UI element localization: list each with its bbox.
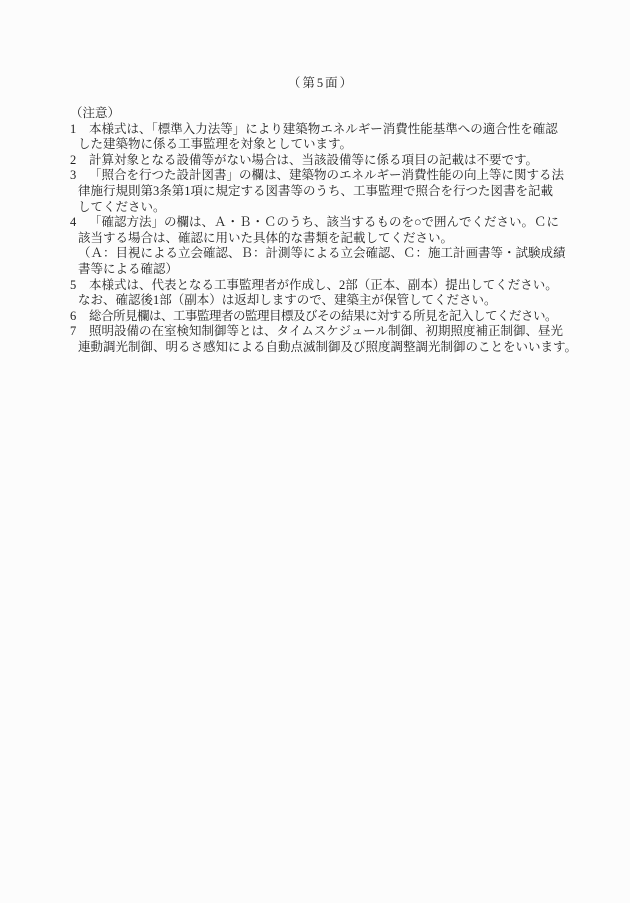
note-2-line-1: 2計算対象となる設備等がない場合は、当該設備等に係る項目の記載は不要です。 [70, 153, 582, 169]
note-5-number: 5 [70, 278, 89, 294]
note-3-text-2: 律施行規則第3条第1項に規定する図書等のうち、工事監理で照合を行つた図書を記載 [78, 184, 553, 198]
note-4-number: 4 [70, 215, 89, 231]
page-number-header: （第5面） [6, 76, 630, 92]
note-1-line-2: した建築物に係る工事監理を対象としています。 [70, 137, 582, 153]
note-7-text-1: 照明設備の在室検知制御等とは、タイムスケジュール制御、初期照度補正制御、昼光 [89, 324, 563, 338]
note-4-text-4: 書等による確認） [78, 262, 178, 276]
note-3-text-1: 「照合を行つた設計図書」の欄は、建築物のエネルギー消費性能の向上等に関する法 [89, 168, 564, 182]
note-4-text-2: 該当する場合は、確認に用いた具体的な書類を記載してください。 [78, 231, 453, 245]
note-3-line-3: してください。 [70, 200, 582, 216]
note-4-line-1: 4「確認方法」の欄は、Ａ・Ｂ・Ｃのうち、該当するものを○で囲んでください。Ｃに [70, 215, 582, 231]
note-1-number: 1 [70, 122, 89, 138]
note-1-text-1: 本様式は、「標準入力法等」により建築物エネルギー消費性能基準への適合性を確認 [89, 122, 558, 136]
notes-title: （注意） [70, 106, 582, 122]
note-5-line-2: なお、確認後1部（副本）は返却しますので、建築主が保管してください。 [70, 293, 582, 309]
note-4-line-3: （Ａ：目視による立会確認、Ｂ：計測等による立会確認、Ｃ：施工計画書等・試験成績 [70, 246, 582, 262]
document-page: （第5面） （注意） 1本様式は、「標準入力法等」により建築物エネルギー消費性能… [0, 0, 630, 903]
note-4-text-3: （Ａ：目視による立会確認、Ｂ：計測等による立会確認、Ｃ：施工計画書等・試験成績 [78, 246, 566, 260]
note-4-line-4: 書等による確認） [70, 262, 582, 278]
note-5-text-1: 本様式は、代表となる工事監理者が作成し、2部（正本、副本）提出してください。 [89, 278, 558, 292]
note-7-text-2: 連動調光制御、明るさ感知による自動点滅制御及び照度調整調光制御のことをいいます。 [78, 340, 577, 354]
note-2-number: 2 [70, 153, 89, 169]
note-2-text-1: 計算対象となる設備等がない場合は、当該設備等に係る項目の記載は不要です。 [89, 153, 538, 167]
note-5-line-1: 5本様式は、代表となる工事監理者が作成し、2部（正本、副本）提出してください。 [70, 278, 582, 294]
note-6-line-1: 6総合所見欄は、工事監理者の監理目標及びその結果に対する所見を記入してください。 [70, 309, 582, 325]
note-3-number: 3 [70, 168, 89, 184]
note-3-text-3: してください。 [78, 200, 166, 214]
note-4-line-2: 該当する場合は、確認に用いた具体的な書類を記載してください。 [70, 231, 582, 247]
note-1-line-1: 1本様式は、「標準入力法等」により建築物エネルギー消費性能基準への適合性を確認 [70, 122, 582, 138]
note-3-line-2: 律施行規則第3条第1項に規定する図書等のうち、工事監理で照合を行つた図書を記載 [70, 184, 582, 200]
note-1-text-2: した建築物に係る工事監理を対象としています。 [78, 137, 352, 151]
note-7-number: 7 [70, 324, 89, 340]
note-7-line-2: 連動調光制御、明るさ感知による自動点滅制御及び照度調整調光制御のことをいいます。 [70, 340, 582, 356]
note-6-text-1: 総合所見欄は、工事監理者の監理目標及びその結果に対する所見を記入してください。 [89, 309, 557, 323]
notes-section: （注意） 1本様式は、「標準入力法等」により建築物エネルギー消費性能基準への適合… [70, 106, 582, 356]
note-5-text-2: なお、確認後1部（副本）は返却しますので、建築主が保管してください。 [78, 293, 497, 307]
note-4-text-1: 「確認方法」の欄は、Ａ・Ｂ・Ｃのうち、該当するものを○で囲んでください。Ｃに [89, 215, 559, 229]
note-6-number: 6 [70, 309, 89, 325]
note-3-line-1: 3「照合を行つた設計図書」の欄は、建築物のエネルギー消費性能の向上等に関する法 [70, 168, 582, 184]
note-7-line-1: 7照明設備の在室検知制御等とは、タイムスケジュール制御、初期照度補正制御、昼光 [70, 324, 582, 340]
